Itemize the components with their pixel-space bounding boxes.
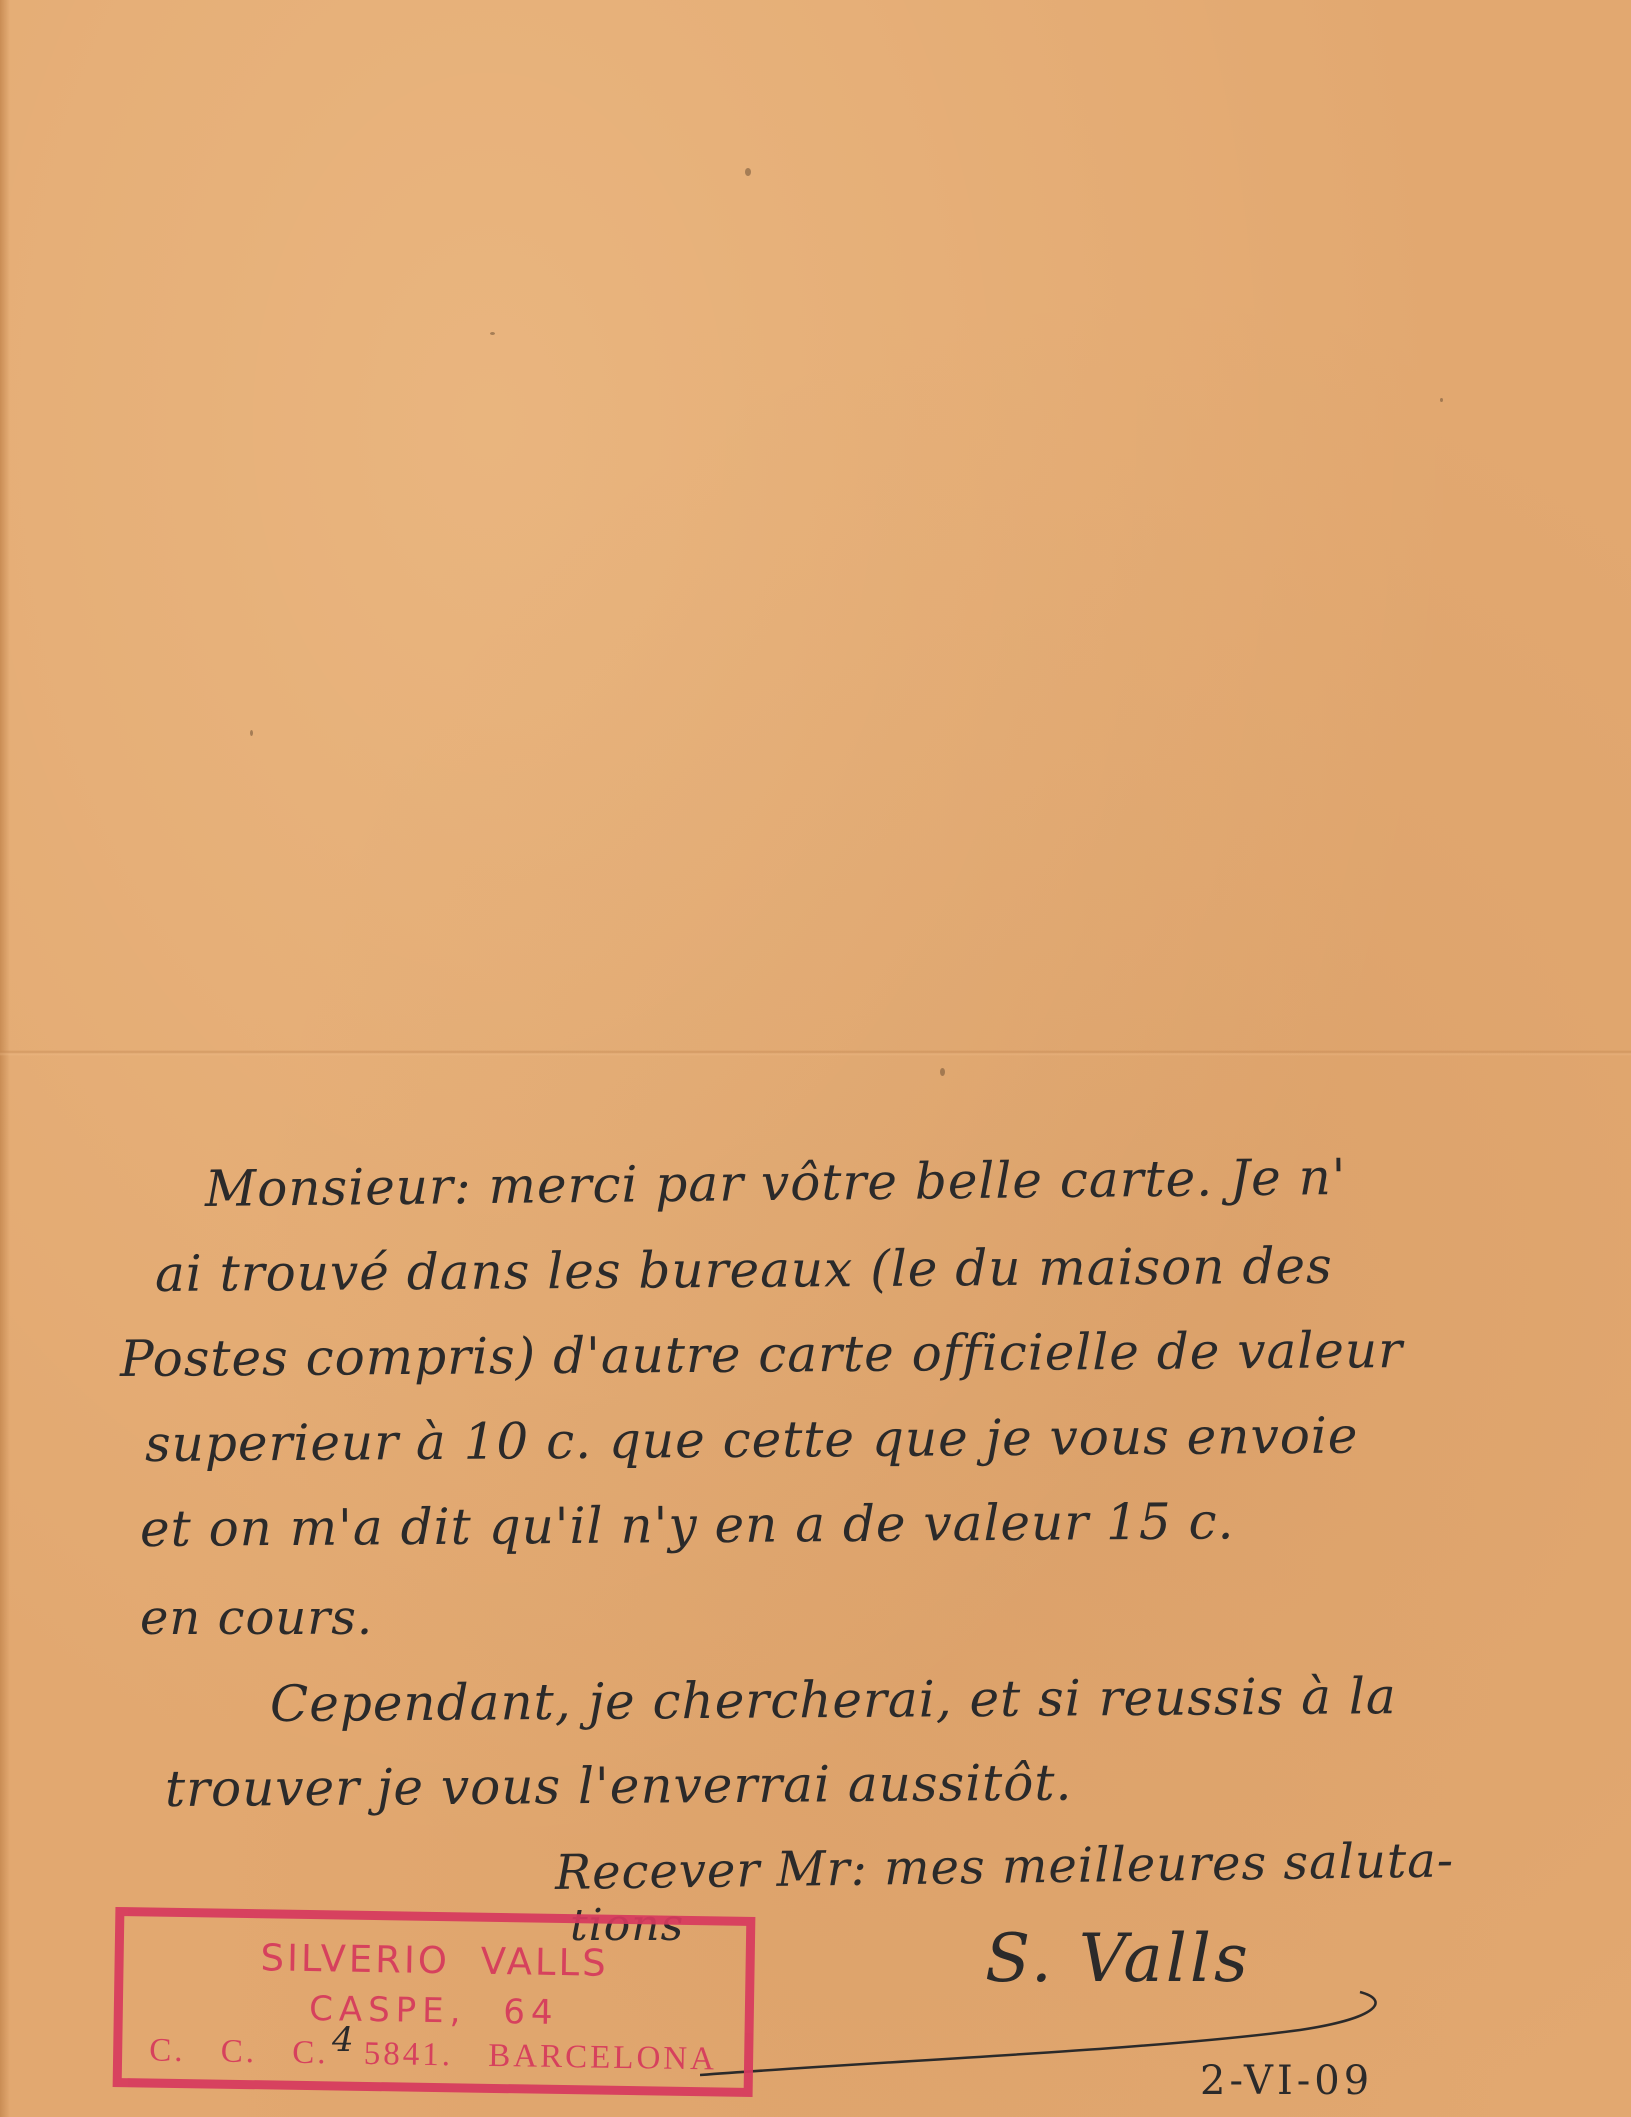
letter-line-1: Monsieur: merci par vôtre belle carte. J… (205, 1148, 1347, 1218)
letter-line-4: superieur à 10 c. que cette que je vous … (145, 1407, 1359, 1473)
stamp-handwritten-overlay: 4 (332, 2020, 354, 2060)
stamp-city: BARCELONA (488, 2038, 717, 2078)
stamp-city-line: C. C. C. 5841. BARCELONA (122, 2032, 745, 2079)
letter-date: 2-VI-09 (1200, 2058, 1373, 2104)
letter-line-6: en cours. (140, 1590, 373, 1646)
letter-line-7: Cependant, je chercherai, et si reussis … (270, 1667, 1397, 1733)
paper-speck (250, 730, 253, 736)
paper-fold-line (0, 1050, 1631, 1056)
signature: S. Valls (985, 1920, 1251, 1997)
stamp-name: SILVERIO VALLS (123, 1934, 746, 1987)
stamp-street: CASPE, 64 (123, 1986, 746, 2036)
paper-left-edge (0, 0, 10, 2117)
paper-speck (940, 1068, 945, 1076)
stamp-account: C. C. C. 5841. (149, 2033, 453, 2074)
letter-line-5: et on m'a dit qu'il n'y en a de valeur 1… (140, 1492, 1235, 1558)
paper-speck (490, 332, 495, 335)
paper-speck (745, 168, 751, 176)
paper-speck (1440, 398, 1443, 402)
letter-line-8: trouver je vous l'enverrai aussitôt. (165, 1754, 1073, 1818)
letter-line-3: Postes compris) d'autre carte officielle… (120, 1321, 1403, 1388)
sender-rubber-stamp: SILVERIO VALLS CASPE, 64 C. C. C. 5841. … (113, 1907, 756, 2097)
letter-line-2: ai trouvé dans les bureaux (le du maison… (155, 1237, 1333, 1303)
